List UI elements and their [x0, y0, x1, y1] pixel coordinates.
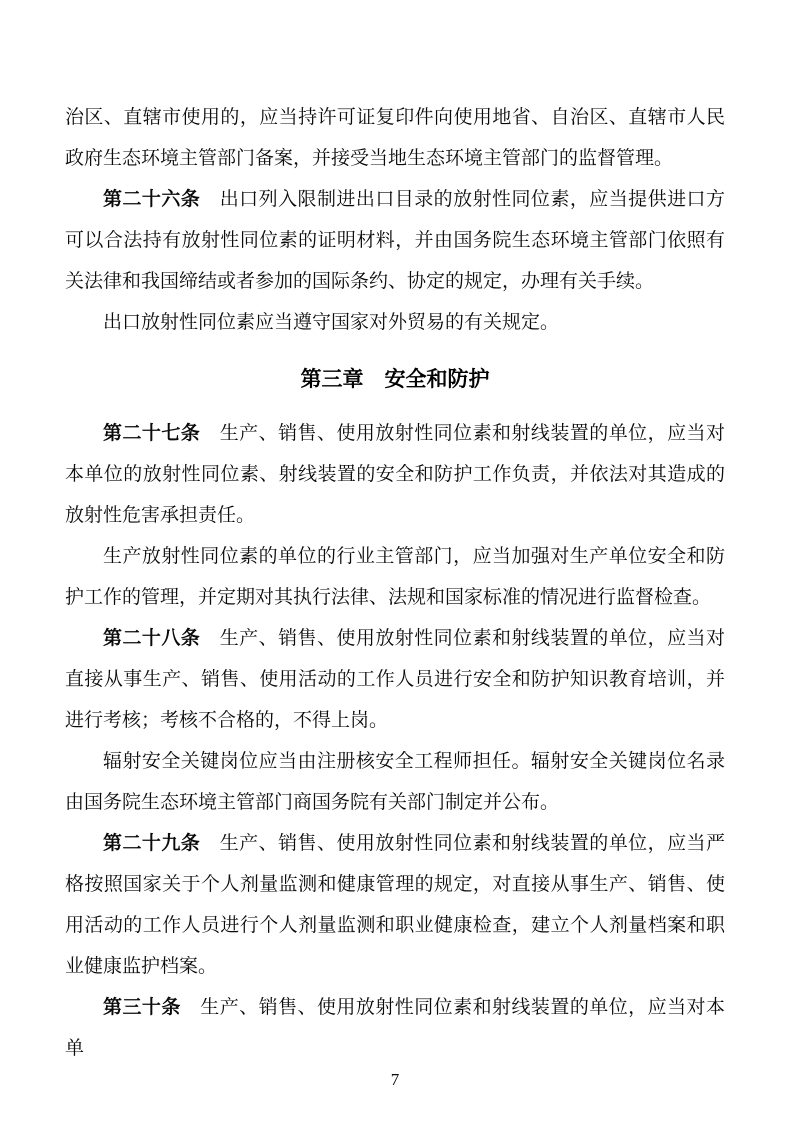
paragraph-text: 生产、销售、使用放射性同位素和射线装置的单位，应当严格按照国家关于个人剂量监测和…: [65, 833, 725, 977]
paragraph-article-30: 第三十条 生产、销售、使用放射性同位素和射线装置的单位，应当对本单: [65, 987, 725, 1069]
article-number: 第二十八条: [103, 628, 220, 649]
paragraph-text: 生产放射性同位素的单位的行业主管部门，应当加强对生产单位安全和防护工作的管理，并…: [65, 546, 725, 608]
paragraph: 生产放射性同位素的单位的行业主管部门，应当加强对生产单位安全和防护工作的管理，并…: [65, 536, 725, 618]
chapter-heading: 第三章 安全和防护: [65, 359, 725, 400]
article-number: 第二十七条: [103, 423, 220, 444]
article-number: 第二十六条: [103, 189, 220, 210]
paragraph-continuation: 治区、直辖市使用的，应当持许可证复印件向使用地省、自治区、直辖市人民政府生态环境…: [65, 97, 725, 179]
paragraph-article-27: 第二十七条 生产、销售、使用放射性同位素和射线装置的单位，应当对本单位的放射性同…: [65, 413, 725, 536]
article-number: 第三十条: [103, 997, 200, 1018]
page-number: 7: [65, 1070, 725, 1090]
paragraph-text: 出口放射性同位素应当遵守国家对外贸易的有关规定。: [103, 312, 559, 333]
paragraph-article-28: 第二十八条 生产、销售、使用放射性同位素和射线装置的单位，应当对直接从事生产、销…: [65, 618, 725, 741]
document-body: 治区、直辖市使用的，应当持许可证复印件向使用地省、自治区、直辖市人民政府生态环境…: [0, 0, 793, 1090]
article-number: 第二十九条: [103, 833, 220, 854]
paragraph-article-26: 第二十六条 出口列入限制进出口目录的放射性同位素，应当提供进口方可以合法持有放射…: [65, 179, 725, 302]
paragraph-text: 治区、直辖市使用的，应当持许可证复印件向使用地省、自治区、直辖市人民政府生态环境…: [65, 107, 725, 169]
paragraph-text: 辐射安全关键岗位应当由注册核安全工程师担任。辐射安全关键岗位名录由国务院生态环境…: [65, 751, 725, 813]
paragraph-article-29: 第二十九条 生产、销售、使用放射性同位素和射线装置的单位，应当严格按照国家关于个…: [65, 823, 725, 987]
document-page: 治区、直辖市使用的，应当持许可证复印件向使用地省、自治区、直辖市人民政府生态环境…: [0, 0, 793, 1122]
paragraph: 出口放射性同位素应当遵守国家对外贸易的有关规定。: [65, 302, 725, 343]
paragraph: 辐射安全关键岗位应当由注册核安全工程师担任。辐射安全关键岗位名录由国务院生态环境…: [65, 741, 725, 823]
